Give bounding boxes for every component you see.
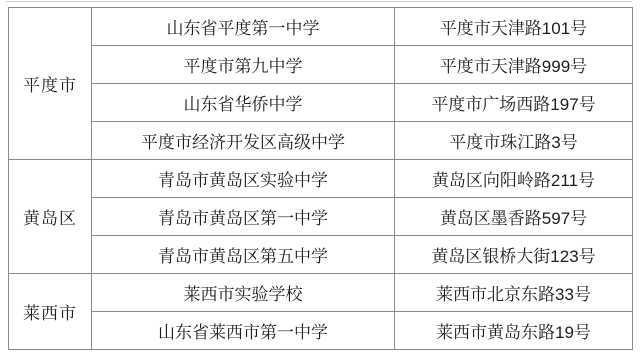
address-cell: 莱西市黄岛东路19号 — [395, 312, 633, 350]
table-row: 莱西市 莱西市实验学校 莱西市北京东路33号 — [9, 274, 633, 312]
table-row: 平度市第九中学 平度市天津路999号 — [9, 46, 633, 84]
table-row: 山东省华侨中学 平度市广场西路197号 — [9, 84, 633, 122]
school-cell: 山东省华侨中学 — [92, 84, 395, 122]
address-cell: 莱西市北京东路33号 — [395, 274, 633, 312]
school-cell: 青岛市黄岛区第五中学 — [92, 236, 395, 274]
address-cell: 平度市珠江路3号 — [395, 122, 633, 160]
district-cell: 平度市 — [9, 8, 92, 160]
school-cell: 青岛市黄岛区第一中学 — [92, 198, 395, 236]
school-cell: 平度市经济开发区高级中学 — [92, 122, 395, 160]
table-row: 平度市经济开发区高级中学 平度市珠江路3号 — [9, 122, 633, 160]
school-cell: 山东省平度第一中学 — [92, 8, 395, 46]
address-cell: 黄岛区向阳岭路211号 — [395, 160, 633, 198]
cropped-row-remnant-line — [6, 1, 632, 2]
address-cell: 黄岛区银桥大街123号 — [395, 236, 633, 274]
address-cell: 平度市天津路101号 — [395, 8, 633, 46]
table-row: 黄岛区 青岛市黄岛区实验中学 黄岛区向阳岭路211号 — [9, 160, 633, 198]
district-cell: 莱西市 — [9, 274, 92, 350]
address-cell: 黄岛区墨香路597号 — [395, 198, 633, 236]
table-row: 青岛市黄岛区第五中学 黄岛区银桥大街123号 — [9, 236, 633, 274]
schools-table-body: 平度市 山东省平度第一中学 平度市天津路101号 平度市第九中学 平度市天津路9… — [9, 8, 633, 350]
district-cell: 黄岛区 — [9, 160, 92, 274]
school-cell: 青岛市黄岛区实验中学 — [92, 160, 395, 198]
school-cell: 平度市第九中学 — [92, 46, 395, 84]
address-cell: 平度市广场西路197号 — [395, 84, 633, 122]
table-row: 山东省莱西市第一中学 莱西市黄岛东路19号 — [9, 312, 633, 350]
school-cell: 山东省莱西市第一中学 — [92, 312, 395, 350]
address-cell: 平度市天津路999号 — [395, 46, 633, 84]
school-cell: 莱西市实验学校 — [92, 274, 395, 312]
schools-table: 平度市 山东省平度第一中学 平度市天津路101号 平度市第九中学 平度市天津路9… — [8, 7, 633, 350]
table-row: 青岛市黄岛区第一中学 黄岛区墨香路597号 — [9, 198, 633, 236]
table-row: 平度市 山东省平度第一中学 平度市天津路101号 — [9, 8, 633, 46]
